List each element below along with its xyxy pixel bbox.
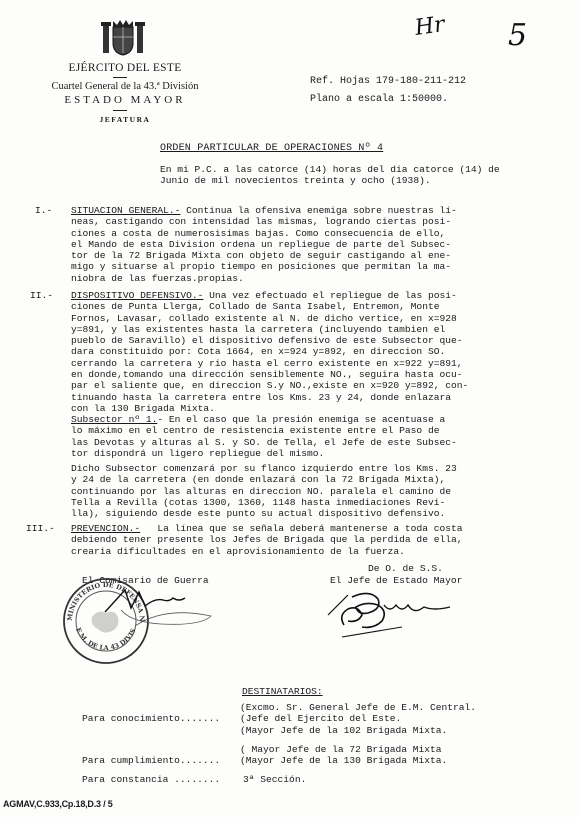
map-sheet-reference: Ref. Hojas 179-180-211-212 xyxy=(310,76,466,87)
map-scale: Plano a escala 1:50000. xyxy=(310,94,448,105)
section-line: las Devotas y alturas al S. y SO. de Tel… xyxy=(71,437,457,448)
section-line: ciones de Punta Llerga, Collado de Santa… xyxy=(71,301,439,312)
header-divider xyxy=(113,77,127,78)
section-line: Una vez efectuado el repliegue de las po… xyxy=(203,290,456,301)
intro-line: Junio de mil novecientos treinta y ocho … xyxy=(160,175,431,186)
section-line: Fornos, Lavasar, collado existente al N.… xyxy=(71,313,457,324)
section-line: debiendo tener presente los Jefes de Bri… xyxy=(71,534,463,545)
section-line: La línea que se señala deberá mantenerse… xyxy=(140,523,462,534)
section-line: y=891, y las existentes hasta la carrete… xyxy=(71,324,445,335)
recipient-entry: 3ª Sección. xyxy=(243,774,306,785)
section-line: el Mando de esta Division ordena un repl… xyxy=(71,239,451,250)
section-line: tor dispondrá un ligero repliegue del mi… xyxy=(71,448,324,459)
section-line: ciones a costa de numerosisimas bajas. C… xyxy=(71,228,445,239)
office-name: JEFATURA xyxy=(20,115,230,124)
recipients-title: DESTINATARIOS: xyxy=(242,686,323,697)
chief-of-staff-signature xyxy=(308,585,458,645)
section-line: y 24 de la carretera (en donde enlazará … xyxy=(71,474,445,485)
section-number: I.- xyxy=(35,205,52,216)
subsector-paragraph: Subsector nº 1.- En el caso que la presi… xyxy=(71,414,457,459)
intro-line: En mi P.C. a las catorce (14) horas del … xyxy=(160,164,500,175)
section-line: neas, castigando con intensidad las mism… xyxy=(71,216,451,227)
recipient-entry: Jefe del Ejercito del Este. xyxy=(246,713,401,724)
section-general-situation: SITUACION GENERAL.- Continua la ofensiva… xyxy=(71,205,457,284)
section-line: en donde,tomando una dirección sensiblem… xyxy=(71,369,463,380)
section-line: pueblo de Saravillo) el dispositivo defe… xyxy=(71,335,463,346)
order-of-label: De O. de S.S. xyxy=(368,563,443,574)
handwritten-page-number: 5 xyxy=(508,18,527,53)
section-line: lla), siguiendo desde este punto su actu… xyxy=(71,508,445,519)
document-page: EJÉRCITO DEL ESTE Cuartel General de la … xyxy=(0,0,579,817)
document-intro: En mi P.C. a las catorce (14) horas del … xyxy=(160,164,500,186)
recipient-entry: Mayor Jefe de la 102 Brigada Mixta. xyxy=(246,725,448,736)
section-line: migo y situarse al propio tiempo en posi… xyxy=(71,261,451,272)
section-heading: PREVENCION.- xyxy=(71,523,140,534)
staff-name: ESTADO MAYOR xyxy=(20,94,230,106)
recipient-group-label: Para cumplimiento....... xyxy=(82,755,220,766)
hq-name: Cuartel General de la 43.ª División xyxy=(20,81,230,92)
section-line: par el saliente que, en direccion S.y NO… xyxy=(71,380,468,391)
section-line: tor de la 72 Brigada Mixta con objeto de… xyxy=(71,250,451,261)
section-line: - En el caso que la presión enemiga se a… xyxy=(157,414,445,425)
section-line: dara constituido por: Cota 1664, en x=92… xyxy=(71,346,445,357)
section-number: II.- xyxy=(30,290,53,301)
recipient-entry: Mayor Jefe de la 130 Brigada Mixta. xyxy=(246,755,448,766)
section-line: Dicho Subsector comenzará por su flanco … xyxy=(71,463,457,474)
recipient-group-entries: ( Mayor Jefe de la 72 Brigada Mixta (May… xyxy=(240,744,447,767)
section-line: continuando por las alturas en direccion… xyxy=(71,486,451,497)
commissar-signature xyxy=(95,582,215,632)
archive-reference: AGMAV,C.933,Cp.18,D.3 / 5 xyxy=(3,799,113,809)
recipient-entry: Mayor Jefe de la 72 Brigada Mixta xyxy=(246,744,442,755)
recipient-group-entries: (Excmo. Sr. General Jefe de E.M. Central… xyxy=(240,702,476,736)
recipient-group-label: Para constancia ........ xyxy=(82,774,220,785)
spanish-coat-of-arms-icon xyxy=(99,17,147,57)
section-prevention: PREVENCION.- La línea que se señala debe… xyxy=(71,523,463,557)
section-line: Tella a Revilla (cotas 1300, 1360, 1148 … xyxy=(71,497,445,508)
section-heading: SITUACION GENERAL.- xyxy=(71,205,180,216)
army-name: EJÉRCITO DEL ESTE xyxy=(20,62,230,74)
section-line: con la 130 Brigada Mixta. xyxy=(71,403,215,414)
section-line: cerrando la carretera y rio hasta el cer… xyxy=(71,358,463,369)
section-number: III.- xyxy=(26,523,55,534)
document-title: ORDEN PARTICULAR DE OPERACIONES Nº 4 xyxy=(160,143,383,154)
recipient-entry: Excmo. Sr. General Jefe de E.M. Central. xyxy=(246,702,476,713)
section-line: lo máximo en el centro de resistencia ex… xyxy=(71,425,439,436)
section-line: tinuando hasta la carretera entre los Km… xyxy=(71,392,451,403)
handwritten-mark: Hr xyxy=(413,12,446,41)
subsector-heading: Subsector nº 1. xyxy=(71,414,157,425)
recipient-group-label: Para conocimiento....... xyxy=(82,713,220,724)
section-line: crearia dificultades en el aprovisionami… xyxy=(71,546,405,557)
section-defensive-layout: DISPOSITIVO DEFENSIVO.- Una vez efectuad… xyxy=(71,290,468,414)
section-heading: DISPOSITIVO DEFENSIVO.- xyxy=(71,290,203,301)
section-line: niobra de las fuerzas.propias. xyxy=(71,273,244,284)
header-divider xyxy=(113,110,127,111)
section-line: Continua la ofensiva enemiga sobre nuest… xyxy=(180,205,456,216)
subsector-closing-paragraph: Dicho Subsector comenzará por su flanco … xyxy=(71,463,457,519)
